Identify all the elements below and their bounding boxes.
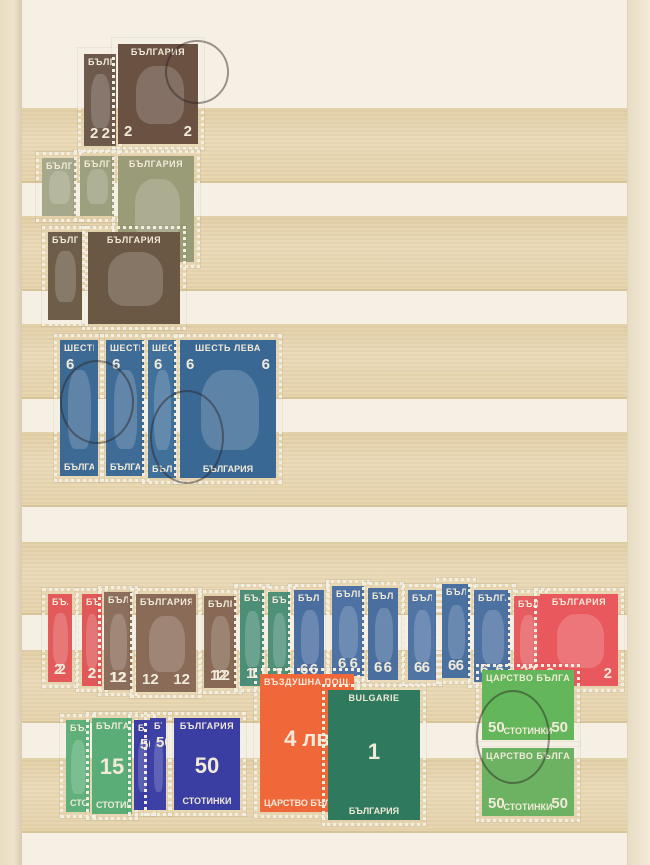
stamp-footer-text: БЪЛГАРИЯ bbox=[64, 462, 94, 472]
stamp: БЪЛГАРИЯ22 bbox=[42, 588, 78, 688]
stamp-value: 2 bbox=[604, 665, 612, 682]
stamp-value: 12 bbox=[109, 669, 126, 686]
stamp-country-text: БЪЛГАРИЯ bbox=[446, 587, 466, 597]
stamp-country-text: БЪЛГАРИЯ bbox=[108, 595, 128, 605]
stamp-country-text: БЪЛГАРИЯ bbox=[478, 593, 506, 603]
postmark-cancel bbox=[60, 360, 134, 444]
stamp-footer-text: СТОТИНКИ bbox=[178, 796, 236, 806]
stamp-country-text: БЪЛГАРИЯ bbox=[84, 159, 110, 169]
portrait-vignette bbox=[110, 614, 127, 671]
stamp-country-text: ШЕСТЬ ЛЕВА bbox=[110, 343, 140, 353]
portrait-vignette bbox=[245, 611, 259, 667]
portrait-vignette bbox=[339, 606, 358, 658]
stamp-country-text: БЪЛГАРИЯ bbox=[336, 589, 360, 599]
portrait-vignette bbox=[149, 616, 185, 673]
stamp: БЪЛГАРИЯ50СТОТИНКИ bbox=[168, 712, 246, 816]
stamp-country-text: БЪЛГАРИЯ bbox=[52, 597, 68, 607]
stamp-country-text: БЪЛГАРИЯ bbox=[46, 161, 72, 171]
stamp: БЪЛГАРИЯ1212 bbox=[130, 588, 202, 698]
stamp-country-text: БЪЛГАРИЯ bbox=[70, 723, 86, 733]
portrait-vignette bbox=[91, 74, 110, 127]
stamp-value: 12 bbox=[142, 671, 159, 688]
page-right-edge bbox=[627, 0, 650, 865]
stamp-country-text: БЪЛГАРИЯ bbox=[244, 593, 260, 603]
stamp-country-text: ШЕСТЬ ЛЕВА bbox=[184, 343, 272, 353]
portrait-vignette bbox=[301, 610, 319, 663]
stamp-footer-text: БЪЛГАРИЯ bbox=[110, 462, 140, 472]
stamp-value: 6 bbox=[374, 659, 382, 676]
portrait-vignette bbox=[49, 171, 69, 205]
stamp-country-text: БЪЛГАРИЯ bbox=[92, 235, 176, 245]
stamp-value: 6 bbox=[456, 657, 464, 674]
portrait-vignette bbox=[211, 616, 230, 669]
stamp-value: 2 bbox=[102, 125, 110, 142]
stamp-value: 2 bbox=[58, 661, 66, 678]
stamp-value: 12 bbox=[213, 667, 230, 684]
stamp-country-text: БЪЛГАРИЯ bbox=[272, 595, 286, 605]
stamp-country-text: БЪЛГАРИЯ bbox=[154, 721, 162, 731]
portrait-vignette bbox=[273, 613, 286, 668]
album-spine bbox=[0, 0, 22, 865]
stamp-value: 6 bbox=[262, 356, 270, 373]
stamp-value: 6 bbox=[186, 356, 194, 373]
stamp-country-text: БЪЛГАРИЯ bbox=[372, 591, 394, 601]
portrait-vignette bbox=[482, 610, 504, 663]
portrait-vignette bbox=[87, 169, 107, 204]
postmark-cancel bbox=[476, 690, 550, 784]
stamp-footer-text: СТОТИ bbox=[70, 798, 86, 808]
portrait-vignette bbox=[557, 614, 604, 667]
stamp: БЪЛГАРИЯ bbox=[82, 226, 186, 330]
portrait-vignette bbox=[55, 251, 75, 302]
portrait-vignette bbox=[71, 740, 85, 793]
portrait-vignette bbox=[53, 613, 67, 664]
stamp-value: 2 bbox=[90, 125, 98, 142]
stamp-country-text: ШЕСТЬ ЛЕВА bbox=[64, 343, 94, 353]
stamp-value: 2 bbox=[124, 123, 132, 140]
portrait-vignette bbox=[86, 614, 98, 667]
stamp-country-text: БЪЛГАРИЯ bbox=[140, 597, 192, 607]
portrait-vignette bbox=[448, 605, 465, 660]
stamp-value: 15 bbox=[92, 754, 132, 780]
stamp-value: 6 bbox=[384, 659, 392, 676]
stamp-country-text: БЪЛГАРИЯ bbox=[298, 593, 320, 603]
stamp-country-text: БЪЛГАРИЯ bbox=[178, 721, 236, 731]
stamp-country-text: БЪЛГАРИЯ bbox=[412, 593, 432, 603]
stamp-country-text: БЪЛГАРИЯ bbox=[208, 599, 232, 609]
portrait-vignette bbox=[108, 252, 163, 305]
stamp-value: 12 bbox=[173, 671, 190, 688]
stamp-country-text: БЪЛГАРИЯ bbox=[52, 235, 78, 245]
portrait-vignette bbox=[414, 610, 431, 662]
stamp-value: 2 bbox=[88, 665, 96, 682]
stamp-country-text: BULGARIE bbox=[332, 693, 416, 703]
portrait-vignette bbox=[375, 608, 393, 661]
stamp-country-text: БЪЛГАРИЯ bbox=[122, 159, 190, 169]
stamp-country-text: ШЕСТЬ ЛЕВА bbox=[152, 343, 172, 353]
stamp-footer-text: СТОТИНКИ bbox=[96, 800, 128, 810]
stamp-footer-text: БЪЛГАРИЯ bbox=[332, 806, 416, 816]
postmark-cancel bbox=[150, 390, 224, 484]
stamp-country-text: ЦАРСТВО БЪЛГАРИЯ bbox=[486, 673, 570, 683]
stamp: БЪЛГАРИЯ66 bbox=[362, 582, 404, 686]
stamp-value: 6 bbox=[154, 356, 162, 373]
stamp-value: 2 bbox=[184, 123, 192, 140]
stamp-value: 1 bbox=[328, 739, 420, 765]
stamp-country-text: БЪЛГАРИЯ bbox=[88, 57, 112, 67]
stamp: BULGARIE1БЪЛГАРИЯ bbox=[322, 684, 426, 826]
postmark-cancel bbox=[165, 40, 229, 104]
stamp-country-text: БЪЛГАРИЯ bbox=[86, 597, 98, 607]
stamp-value: 6 bbox=[422, 659, 430, 676]
stamp-country-text: БЪЛГАРИЯ bbox=[544, 597, 614, 607]
album-page: БЪЛГАРИЯ22БЪЛГАРИЯ22БЪЛГАРИЯБЪЛГАРИЯБЪЛГ… bbox=[0, 0, 650, 865]
stamp-footer-text: СТОТИНКИ bbox=[486, 802, 570, 812]
stamp-country-text: БЪЛГАРИЯ bbox=[96, 721, 128, 731]
stamp-value: 50 bbox=[174, 753, 240, 779]
